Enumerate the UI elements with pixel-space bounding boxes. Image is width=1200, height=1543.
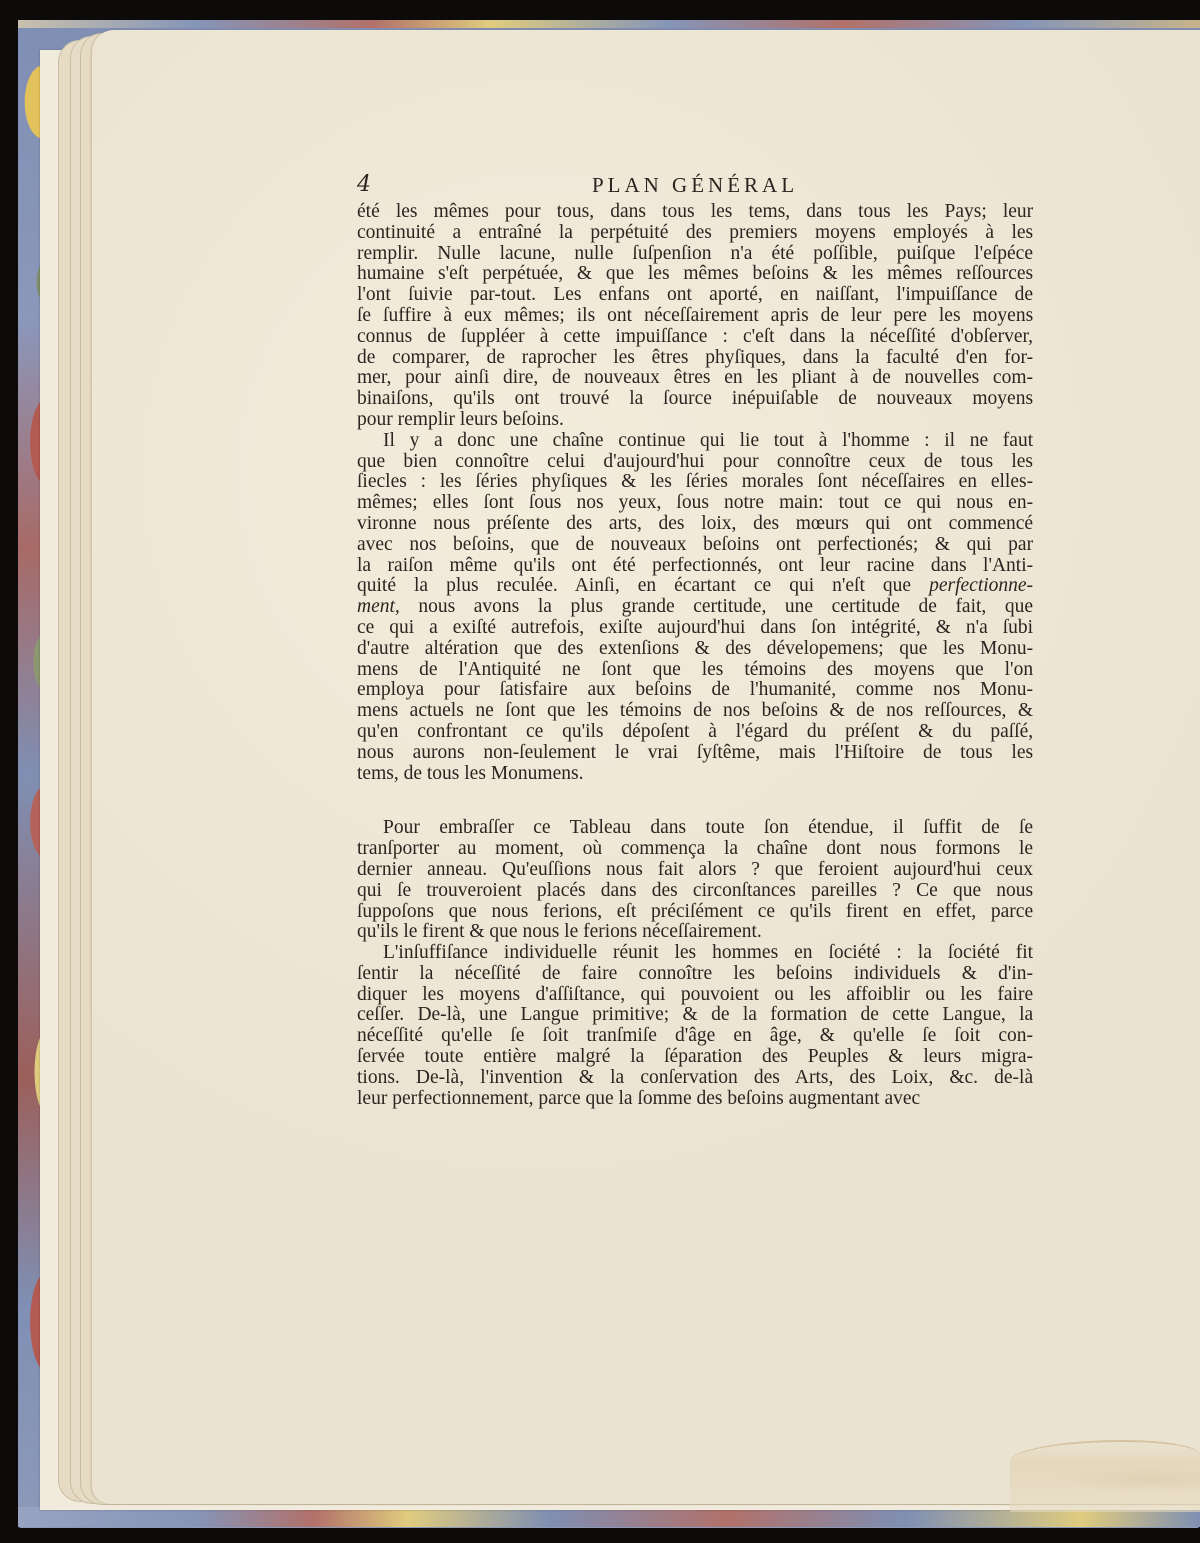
page-text: 4 PLAN GÉNÉRAL été les mêmes pour tous, … xyxy=(357,172,1033,1109)
text-line: leur perfectionnement, parce que la ſomm… xyxy=(357,1089,1033,1110)
text-line: que bien connoître celui d'aujourd'hui p… xyxy=(357,452,1033,473)
text-line: ſe ſuffire à eux mêmes; ils ont néceſſai… xyxy=(357,306,1033,327)
text-line: avec nos beſoins, que de nouveaux beſoin… xyxy=(357,535,1033,556)
text-line: qui ſe trouveroient placés dans des circ… xyxy=(357,881,1033,902)
text-line: été les mêmes pour tous, dans tous les t… xyxy=(357,202,1033,223)
text-line: binaiſons, qu'ils ont trouvé la ſource i… xyxy=(357,389,1033,410)
text-line: quité la plus reculée. Ainſi, en écartan… xyxy=(357,576,1033,597)
text-line: mens actuels ne ſont que les témoins de … xyxy=(357,701,1033,722)
text-line: diquer les moyens d'aſſiſtance, qui pouv… xyxy=(357,985,1033,1006)
text-line: mens de l'Antiquité ne ſont que les témo… xyxy=(357,660,1033,681)
text-line: la raiſon même qu'ils ont été perfection… xyxy=(357,556,1033,577)
text-line: ſervée toute entière malgré la ſéparatio… xyxy=(357,1047,1033,1068)
text-line: vironne nous préſente des arts, des loix… xyxy=(357,514,1033,535)
paragraph: Pour embraſſer ce Tableau dans toute ſon… xyxy=(357,818,1033,943)
text-line: mer, pour ainſi dire, de nouveaux êtres … xyxy=(357,368,1033,389)
text-line: ment, nous avons la plus grande certitud… xyxy=(357,597,1033,618)
text-line: de comparer, de raprocher les êtres phyſ… xyxy=(357,348,1033,369)
text-line: employa pour ſatisfaire aux beſoins de l… xyxy=(357,680,1033,701)
text-line: tranſporter au moment, où commença la ch… xyxy=(357,839,1033,860)
text-line: ſuppoſons que nous ferions, eſt préciſém… xyxy=(357,902,1033,923)
text-line: l'ont ſuivie par-tout. Les enfans ont ap… xyxy=(357,285,1033,306)
text-line: Pour embraſſer ce Tableau dans toute ſon… xyxy=(357,818,1033,839)
body-text: été les mêmes pour tous, dans tous les t… xyxy=(357,202,1033,1109)
text-line: qu'ils le firent & que nous le ferions n… xyxy=(357,922,1033,943)
text-line: connus de ſuppléer à cette impuiſſance :… xyxy=(357,327,1033,348)
text-line: L'inſuffiſance individuelle réunit les h… xyxy=(357,943,1033,964)
text-line: tems, de tous les Monumens. xyxy=(357,764,1033,785)
paragraph-gap xyxy=(357,784,1033,818)
running-head: PLAN GÉNÉRAL xyxy=(357,172,1033,198)
text-line: humaine s'eſt perpétuée, & que les mêmes… xyxy=(357,264,1033,285)
text-line: ceſſer. De-là, une Langue primitive; & d… xyxy=(357,1005,1033,1026)
text-line: pour remplir leurs beſoins. xyxy=(357,410,1033,431)
text-line: tions. De-là, l'invention & la conſervat… xyxy=(357,1068,1033,1089)
paragraph: Il y a donc une chaîne continue qui lie … xyxy=(357,431,1033,785)
page-header: 4 PLAN GÉNÉRAL xyxy=(357,172,1033,202)
text-line: ce qui a exiſté autrefois, exiſte aujour… xyxy=(357,618,1033,639)
text-line: qu'en confrontant ce qu'ils dépoſent à l… xyxy=(357,722,1033,743)
text-line: mêmes; elles ſont ſous nos yeux, ſous no… xyxy=(357,493,1033,514)
paragraph: été les mêmes pour tous, dans tous les t… xyxy=(357,202,1033,431)
text-line: d'autre altération que des extenſions & … xyxy=(357,639,1033,660)
text-line: ſiecles : les ſéries phyſiques & les ſér… xyxy=(357,472,1033,493)
text-line: Il y a donc une chaîne continue qui lie … xyxy=(357,431,1033,452)
marbled-cover-top-edge xyxy=(18,20,1200,28)
text-line: remplir. Nulle lacune, nulle ſuſpenſion … xyxy=(357,244,1033,265)
water-stain xyxy=(1010,1440,1200,1512)
text-line: nous aurons non-ſeulement le vrai ſyſtêm… xyxy=(357,743,1033,764)
text-line: dernier anneau. Qu'euſſions nous fait al… xyxy=(357,860,1033,881)
text-line: néceſſité qu'elle ſe ſoit tranſmiſe d'âg… xyxy=(357,1026,1033,1047)
text-line: ſentir la néceſſité de faire connoître l… xyxy=(357,964,1033,985)
paragraph: L'inſuffiſance individuelle réunit les h… xyxy=(357,943,1033,1109)
text-line: continuité a entraîné la perpétuité des … xyxy=(357,223,1033,244)
